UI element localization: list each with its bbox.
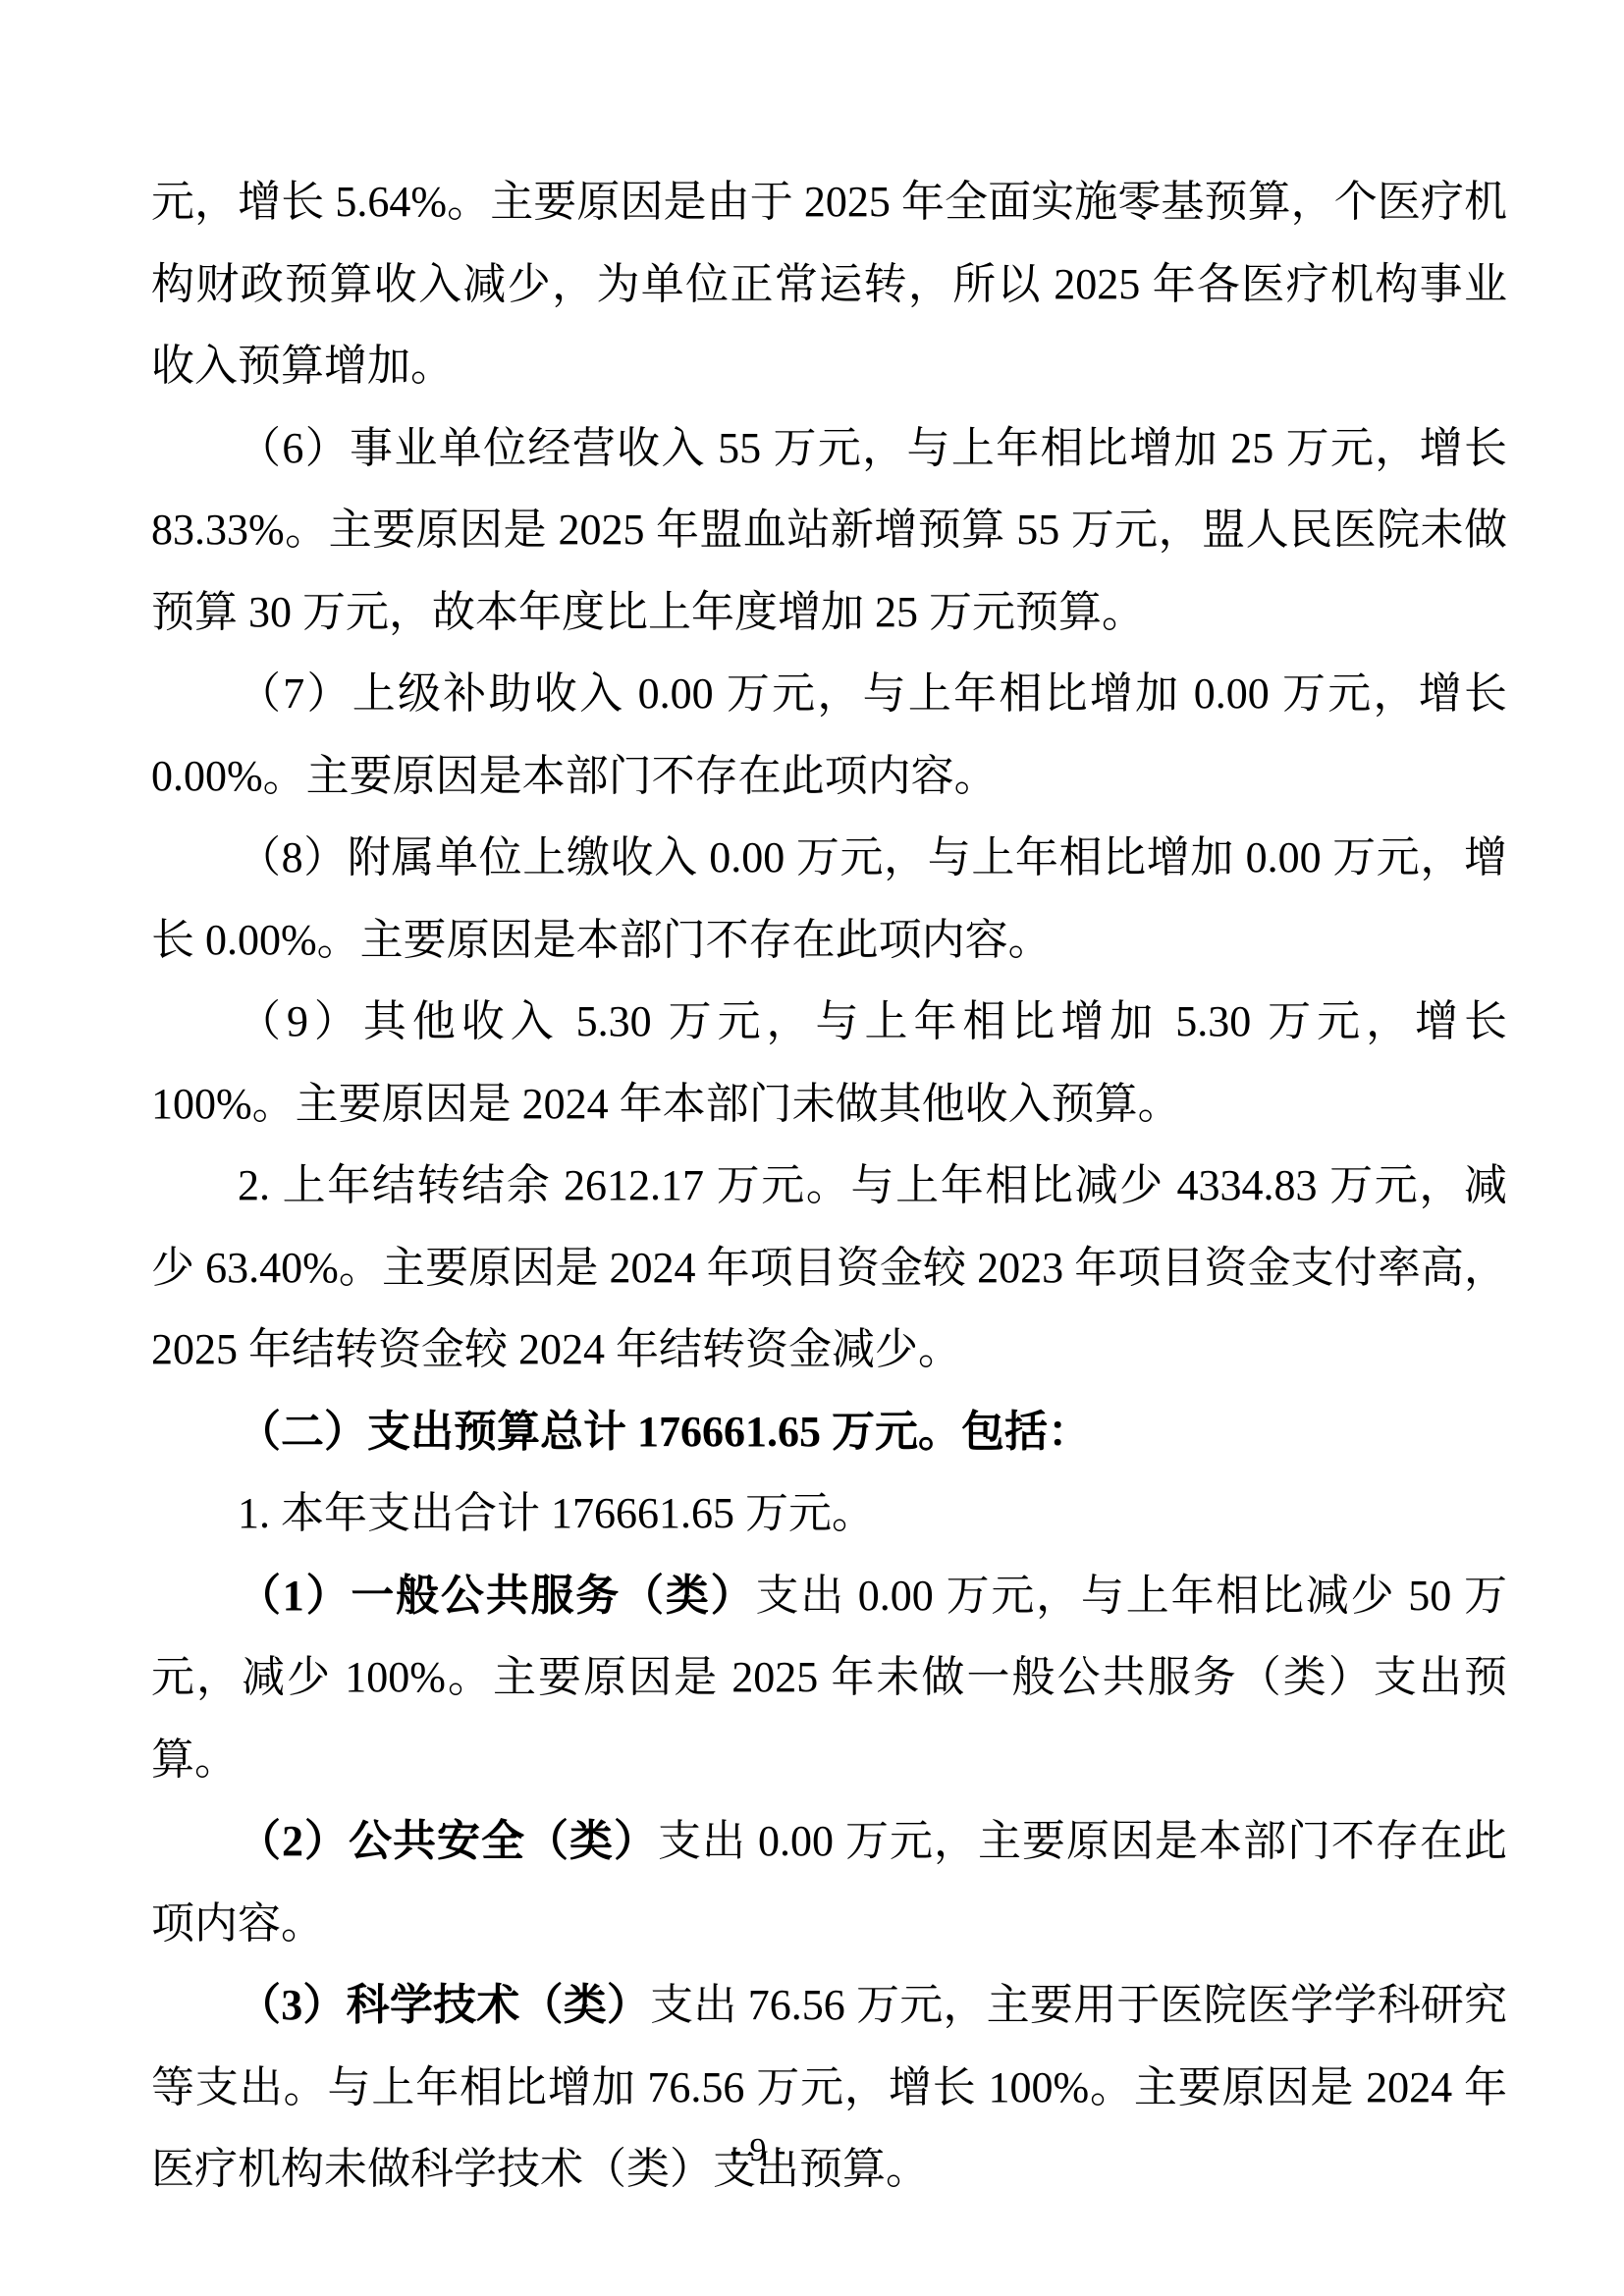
paragraph: （7）上级补助收入 0.00 万元，与上年相比增加 0.00 万元，增长 0.0…: [151, 653, 1507, 817]
paragraph: （2）公共安全（类）支出 0.00 万元，主要原因是本部门不存在此项内容。: [151, 1800, 1507, 1964]
paragraph: （9）其他收入 5.30 万元，与上年相比增加 5.30 万元，增长 100%。…: [151, 981, 1507, 1145]
text-run: （8）附属单位上缴收入 0.00 万元，与上年相比增加 0.00 万元，增长 0…: [151, 833, 1507, 964]
document-body: 元，增长 5.64%。主要原因是由于 2025 年全面实施零基预算，个医疗机构财…: [151, 161, 1507, 2211]
paragraph: 1. 本年支出合计 176661.65 万元。: [151, 1472, 1507, 1555]
paragraph: （8）附属单位上缴收入 0.00 万元，与上年相比增加 0.00 万元，增长 0…: [151, 817, 1507, 981]
text-run: 2. 上年结转结余 2612.17 万元。与上年相比减少 4334.83 万元，…: [151, 1161, 1507, 1373]
paragraph: （6）事业单位经营收入 55 万元，与上年相比增加 25 万元，增长 83.33…: [151, 407, 1507, 654]
text-run: 1. 本年支出合计 176661.65 万元。: [238, 1489, 875, 1537]
paragraph: 2. 上年结转结余 2612.17 万元。与上年相比减少 4334.83 万元，…: [151, 1145, 1507, 1391]
bold-text-run: （2）公共安全（类）: [238, 1817, 658, 1865]
document-page: 元，增长 5.64%。主要原因是由于 2025 年全面实施零基预算，个医疗机构财…: [0, 0, 1624, 2296]
bold-text-run: （二）支出预算总计 176661.65 万元。包括：: [238, 1408, 1091, 1456]
page-number: - 9 -: [731, 2132, 786, 2168]
text-run: （6）事业单位经营收入 55 万元，与上年相比增加 25 万元，增长 83.33…: [151, 424, 1507, 636]
bold-text-run: （1）一般公共服务（类）: [238, 1572, 755, 1620]
text-run: （7）上级补助收入 0.00 万元，与上年相比增加 0.00 万元，增长 0.0…: [151, 669, 1507, 800]
bold-text-run: （3）科学技术（类）: [238, 1981, 650, 2029]
page-footer: - 9 -: [56, 2126, 1460, 2175]
paragraph: （1）一般公共服务（类）支出 0.00 万元，与上年相比减少 50 万元，减少 …: [151, 1555, 1507, 1801]
paragraph: 元，增长 5.64%。主要原因是由于 2025 年全面实施零基预算，个医疗机构财…: [151, 161, 1507, 407]
text-run: 元，增长 5.64%。主要原因是由于 2025 年全面实施零基预算，个医疗机构财…: [151, 178, 1507, 390]
text-run: （9）其他收入 5.30 万元，与上年相比增加 5.30 万元，增长 100%。…: [151, 997, 1507, 1128]
paragraph: （二）支出预算总计 176661.65 万元。包括：: [151, 1391, 1507, 1473]
